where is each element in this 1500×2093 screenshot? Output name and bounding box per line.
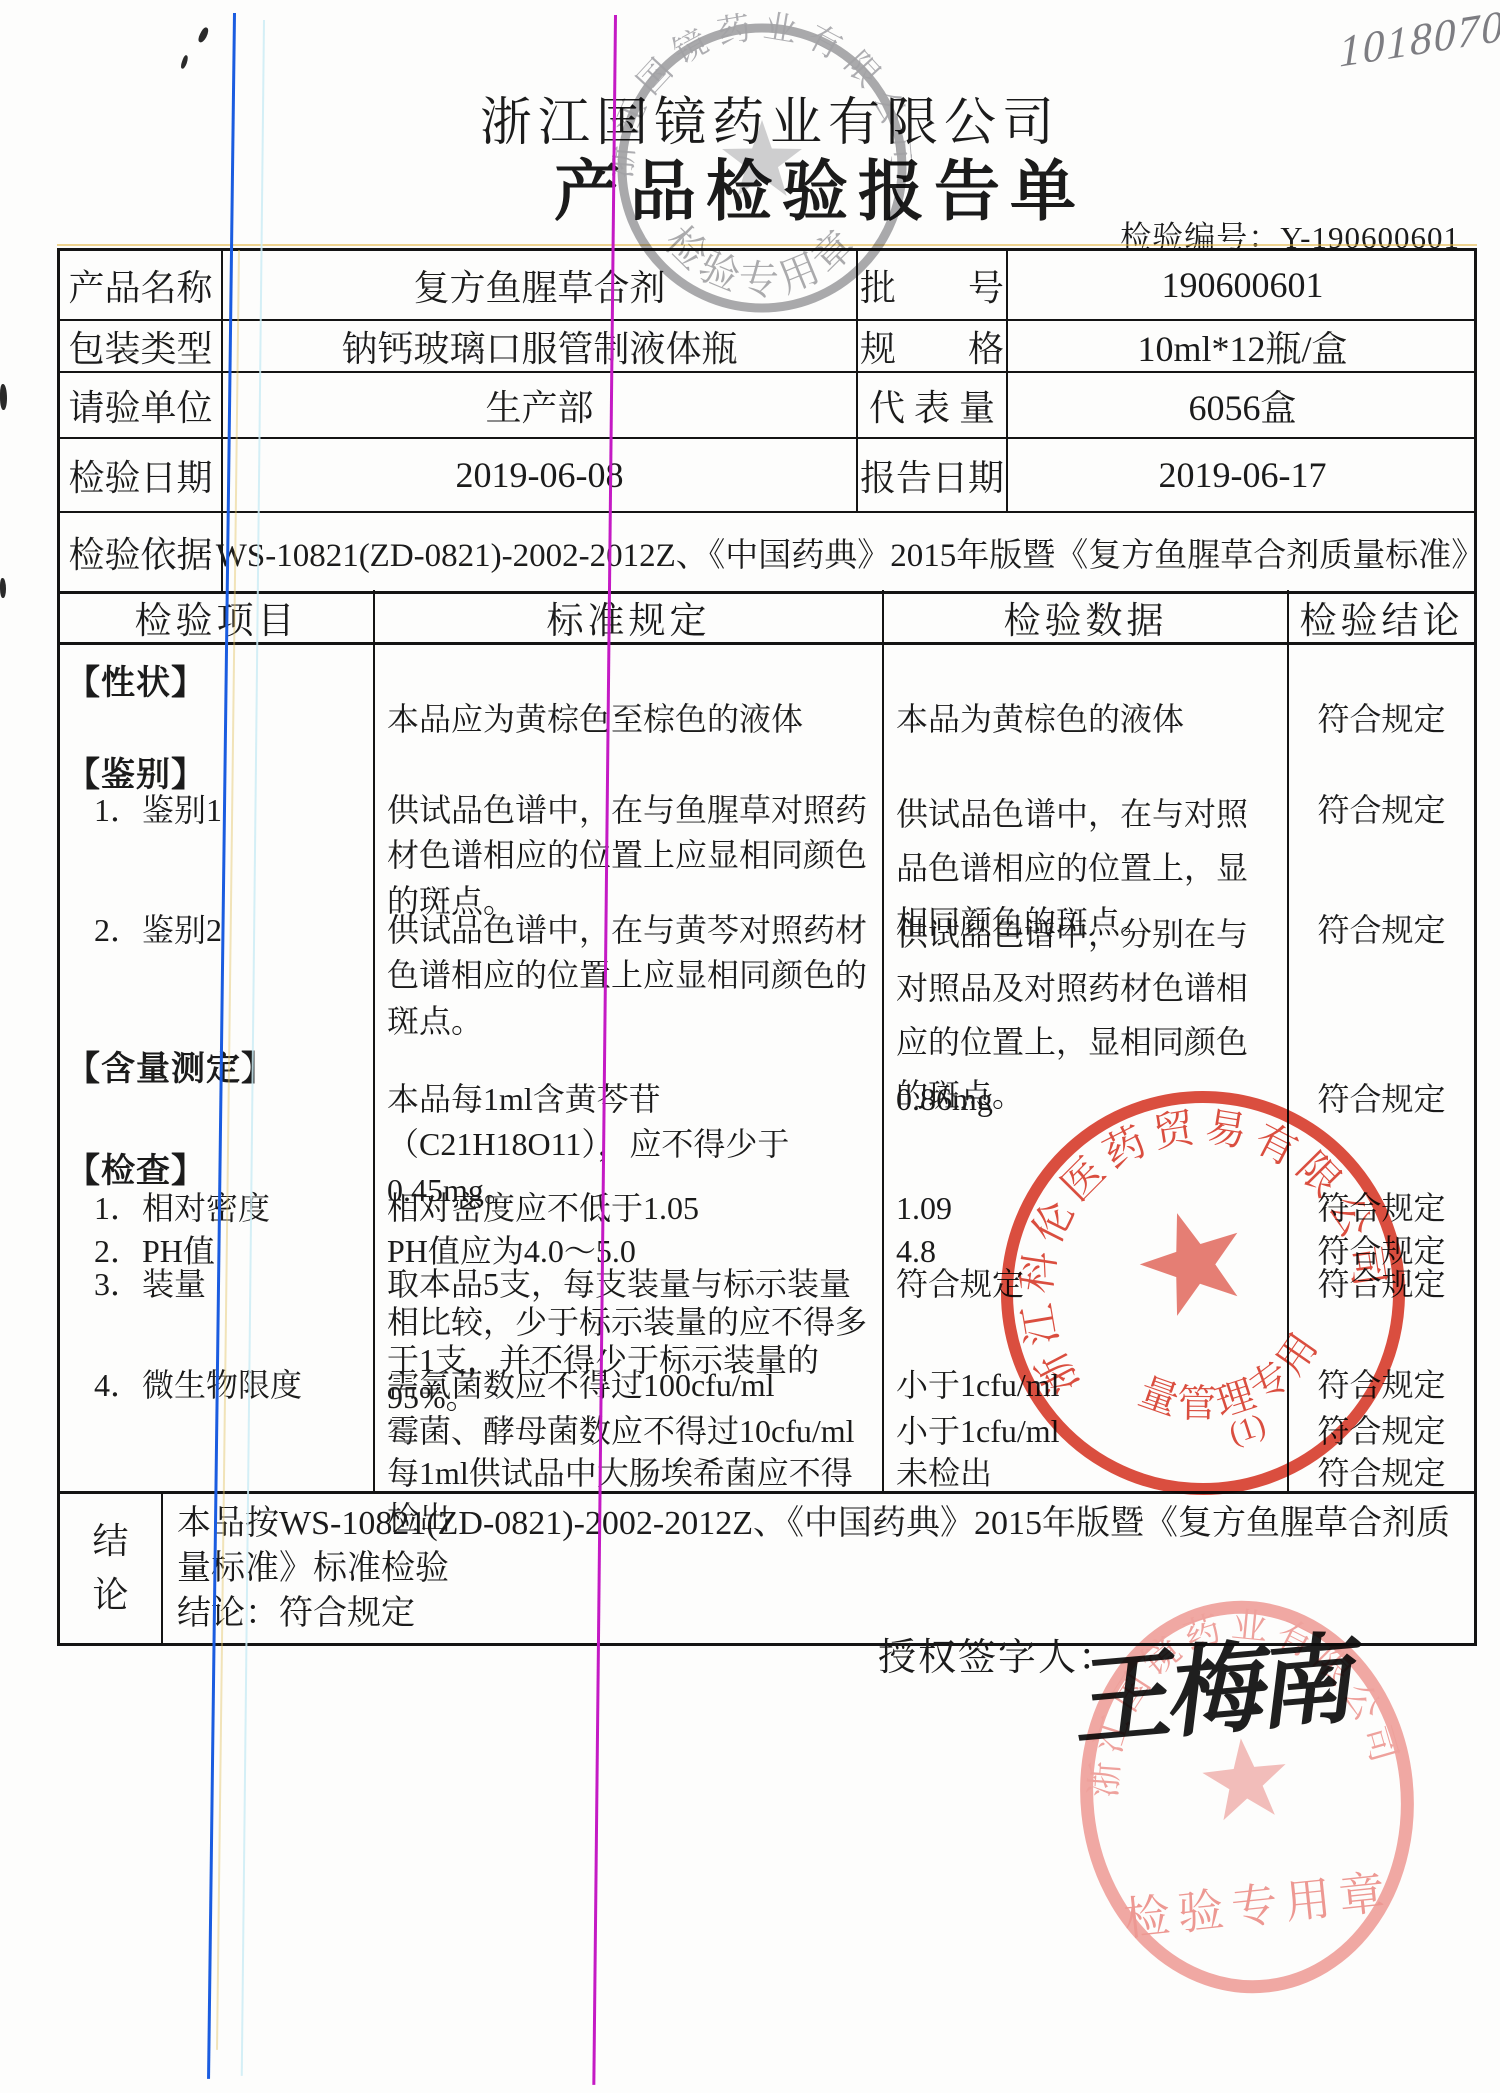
row-spec: 霉菌、酵母菌数应不得过10cfu/ml [375, 1409, 884, 1454]
section-inspection: 【检查】 [66, 1143, 206, 1192]
basis-label: 检验依据 [60, 513, 223, 591]
stamp-star-icon [722, 120, 802, 196]
row-data: 本品为黄棕色的液体 [884, 697, 1289, 742]
row-item [60, 697, 375, 742]
row-value: 10ml*12瓶/盒 [1008, 321, 1477, 373]
scan-edge-mark [0, 384, 7, 410]
handwritten-pencil-number: 1018070 [1339, 1, 1498, 78]
row-spec: 每1ml供试品中大肠埃希菌应不得检出 [375, 1451, 884, 1542]
row-value: 2019-06-17 [1008, 439, 1477, 513]
stamp-star-icon [1128, 1197, 1256, 1322]
row-value: 6056盒 [1008, 373, 1477, 439]
ink-speck [197, 26, 211, 43]
inspection-report-page: 1018070 浙江国镜药业有限公司 产品检验报告单 检验编号：Y-190600… [0, 0, 1500, 2093]
header-result: 检验结论 [1289, 590, 1474, 644]
row-label: 报告日期 [858, 439, 1008, 513]
header-spec: 标准规定 [375, 590, 884, 644]
row-result: 符合规定 [1289, 697, 1474, 742]
result-table-header: 检验项目 标准规定 检验数据 检验结论 [60, 590, 1474, 645]
row-label: 产品名称 [60, 251, 223, 321]
table-row: 本品应为黄棕色至棕色的液体 本品为黄棕色的液体 符合规定 [60, 697, 1474, 742]
row-label: 请验单位 [60, 373, 223, 439]
row-spec: 需氧菌数应不得过100cfu/ml [375, 1363, 884, 1408]
ink-speck [180, 55, 189, 70]
row-spec: 本品应为黄棕色至棕色的液体 [375, 697, 884, 742]
basis-value: WS-10821(ZD-0821)-2002-2012Z、《中国药典》2015年… [223, 513, 1477, 591]
scan-edge-mark [0, 578, 6, 598]
row-value: 2019-06-08 [223, 439, 858, 513]
row-value: 190600601 [1008, 251, 1477, 321]
pink-inspection-stamp: 浙江国镜药业有限公司 检验专用章 [1062, 1592, 1432, 2002]
header-item: 检验项目 [60, 590, 375, 644]
row-value: 生产部 [223, 373, 858, 439]
gray-inspection-stamp: 浙江国镜药业有限公司 检验专用章 [612, 10, 912, 330]
row-spec: 相对密度应不低于1.05 [375, 1186, 884, 1231]
header-data: 检验数据 [884, 590, 1289, 644]
row-label: 代 表 量 [858, 373, 1008, 439]
row-label: 检验日期 [60, 439, 223, 513]
red-quality-stamp: 浙江科伦医药贸易有限公司 质量管理专用章 (1) [988, 1078, 1418, 1508]
row-label: 包装类型 [60, 321, 223, 373]
stamp-star-icon [1199, 1734, 1290, 1822]
